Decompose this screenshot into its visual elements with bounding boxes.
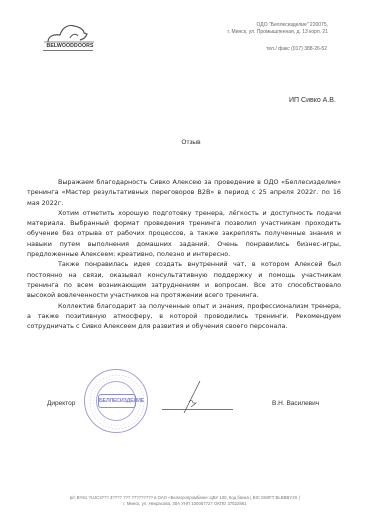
company-logo: BELWOODDOORS xyxy=(40,18,100,58)
signer-position: Директор xyxy=(47,400,75,407)
paragraph-4: Коллектив благодарит за полученные опыт … xyxy=(27,301,341,332)
footer-line-2: г. Минск, ул. Некрасова, 30А УНП 1000577… xyxy=(0,501,370,507)
document-title: Отзыв xyxy=(0,139,370,146)
address-line-1: ОДО "Беллесизделие" 220075, xyxy=(228,22,328,29)
logo-text: BELWOODDOORS xyxy=(40,43,100,49)
signer-name: В.Н. Василевич xyxy=(272,400,319,407)
letter-body: Выражаем благодарность Сивко Алексею за … xyxy=(27,177,341,331)
beaver-logo-icon xyxy=(40,18,100,44)
signature-row: Директор В.Н. Василевич xyxy=(0,396,370,416)
paragraph-2: Хотим отметить хорошую подготовку тренер… xyxy=(27,208,341,259)
company-phone: тел./ факс (017) 388-26-52 xyxy=(266,46,327,52)
handwritten-signature-icon xyxy=(180,380,210,414)
paragraph-3: Также понравилась идея создать внутренни… xyxy=(27,259,341,300)
paragraph-1: Выражаем благодарность Сивко Алексею за … xyxy=(27,177,341,208)
logo-underline xyxy=(43,50,93,51)
recipient: ИП Сивко А.В. xyxy=(289,97,336,104)
address-line-2: г. Минск, ул. Промышленная, д. 13 корп. … xyxy=(228,29,328,36)
company-address: ОДО "Беллесизделие" 220075, г. Минск, ул… xyxy=(228,22,328,36)
bank-details-footer: р/с BY61 ?UJC3??? 3???? ??? ????????? в … xyxy=(0,495,370,507)
